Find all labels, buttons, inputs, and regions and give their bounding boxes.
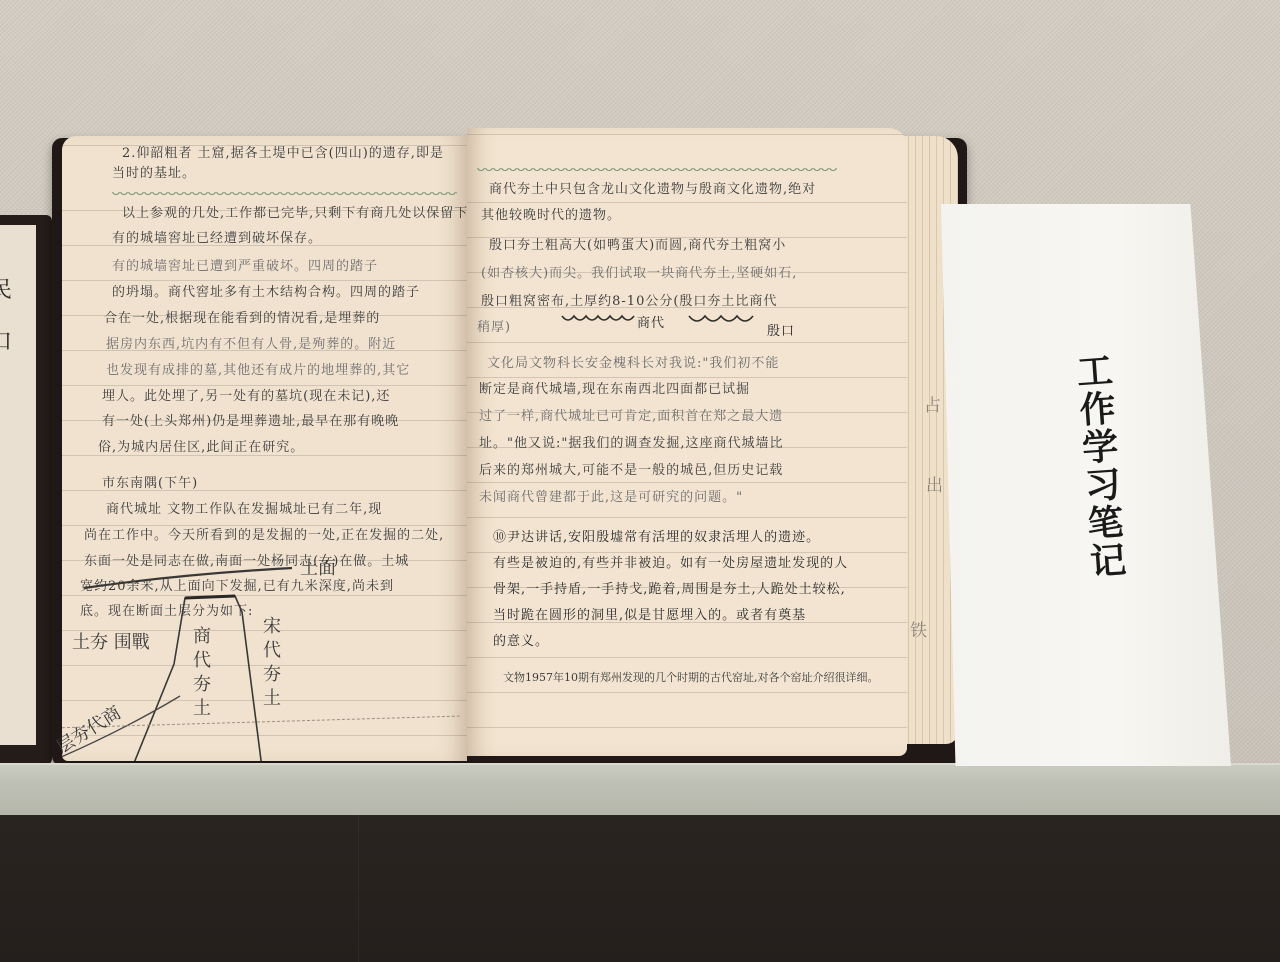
- diagram-label: 宋代夯土: [257, 616, 283, 712]
- display-shelf: [0, 763, 1280, 817]
- handwritten-line: 未闻商代曾建都于此,这是可研究的问题。": [479, 480, 743, 515]
- strata-label: 商代: [637, 306, 665, 341]
- stratigraphy-diagram: 土面 土夯 围戰 商代夯土 宋代夯土 层夯代商: [62, 136, 467, 761]
- cabinet-seam: [358, 815, 359, 962]
- left-page: 2.仰韶粗者 土窟,据各土堤中已含(四山)的遗存,即是 当时的基址。 以上参观的…: [62, 136, 467, 761]
- strata-wavy-marks: [467, 304, 907, 344]
- open-notebook: 占 出 铁 2.仰韶粗者 土窟,据各土堤中已含(四山)的遗存,即是 当时的基址。…: [52, 128, 967, 768]
- display-cabinet: [0, 815, 1280, 962]
- adjacent-exhibit-page: 民 口: [0, 225, 36, 745]
- diagram-label-surface: 土面: [300, 554, 336, 580]
- handwritten-line: 的意义。: [493, 624, 549, 659]
- adjacent-exhibit-book: 民 口: [0, 215, 52, 765]
- diagram-label: 商代夯土: [187, 626, 213, 722]
- edge-glyph: 出: [926, 471, 943, 496]
- edge-glyph: 占: [924, 391, 941, 416]
- adjacent-glyph: 口: [0, 325, 12, 356]
- right-page: 商代夯土中只包含龙山文化遗物与殷商文化遗物,绝对 其他较晚时代的遗物。 殷口夯土…: [467, 128, 907, 756]
- adjacent-glyph: 民: [0, 273, 12, 304]
- diagram-label: 土夯 围戰: [72, 628, 150, 654]
- footnote: 文物1957年10期有郑州发现的几个时期的古代窑址,对各个窑址介绍很详细。: [503, 660, 879, 695]
- strata-label: 殷口: [767, 314, 795, 349]
- edge-glyph: 铁: [910, 616, 927, 641]
